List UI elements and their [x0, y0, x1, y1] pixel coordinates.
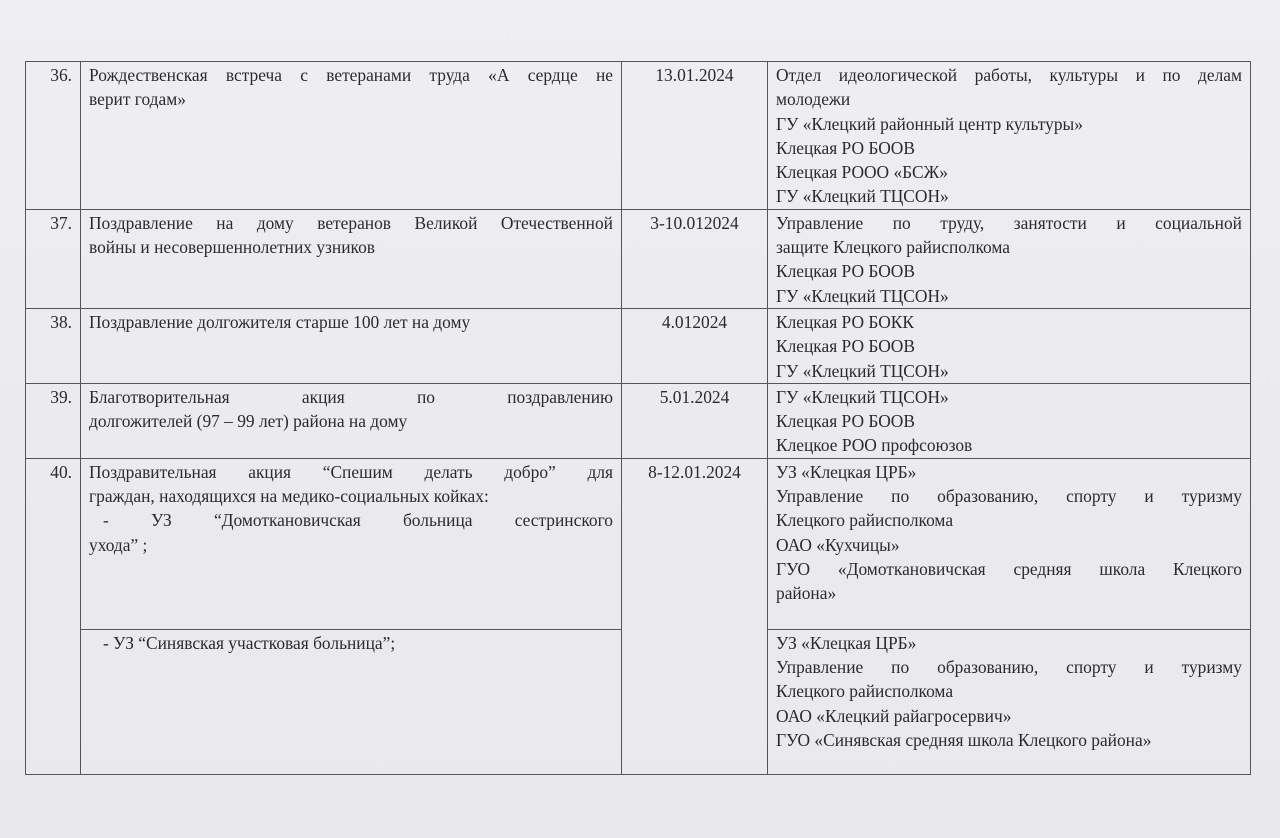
event-title: Поздравительная акция “Спешим делать доб… [81, 458, 622, 629]
event-title: Рождественская встреча с ветеранами труд… [81, 62, 622, 210]
table-row: 40. Поздравительная акция “Спешим делать… [26, 458, 1251, 629]
row-number: 37. [26, 209, 81, 308]
row-number: 36. [26, 62, 81, 210]
table-row: 39. Благотворительная акция по поздравле… [26, 383, 1251, 458]
event-date: 4.012024 [622, 308, 768, 383]
events-table: 36. Рождественская встреча с ветеранами … [25, 61, 1251, 775]
event-title: Поздравление долгожителя старше 100 лет … [81, 308, 622, 383]
table-row: 38. Поздравление долгожителя старше 100 … [26, 308, 1251, 383]
table-row: 37. Поздравление на дому ветеранов Велик… [26, 209, 1251, 308]
event-organizers: УЗ «Клецкая ЦРБ» Управление по образован… [768, 458, 1251, 629]
event-title: Благотворительная акция по поздравлению … [81, 383, 622, 458]
row-number: 38. [26, 308, 81, 383]
event-title: Поздравление на дому ветеранов Великой О… [81, 209, 622, 308]
event-organizers: ГУ «Клецкий ТЦСОН» Клецкая РО БООВ Клецк… [768, 383, 1251, 458]
event-title: - УЗ “Синявская участковая больница”; [81, 629, 622, 774]
event-organizers: УЗ «Клецкая ЦРБ» Управление по образован… [768, 629, 1251, 774]
table-row: 36. Рождественская встреча с ветеранами … [26, 62, 1251, 210]
event-date: 13.01.2024 [622, 62, 768, 210]
event-date: 3-10.012024 [622, 209, 768, 308]
row-number: 40. [26, 458, 81, 774]
scanned-page: 36. Рождественская встреча с ветеранами … [0, 0, 1280, 838]
row-number: 39. [26, 383, 81, 458]
event-date: 5.01.2024 [622, 383, 768, 458]
event-organizers: Управление по труду, занятости и социаль… [768, 209, 1251, 308]
event-date: 8-12.01.2024 [622, 458, 768, 774]
event-organizers: Отдел идеологической работы, культуры и … [768, 62, 1251, 210]
event-organizers: Клецкая РО БОКК Клецкая РО БООВ ГУ «Клец… [768, 308, 1251, 383]
